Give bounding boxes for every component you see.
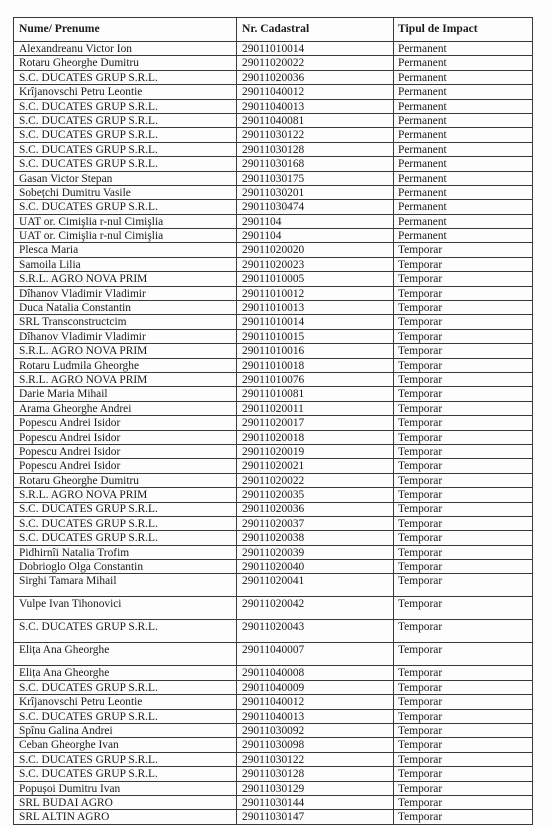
cell-name: S.R.L. AGRO NOVA PRIM bbox=[14, 372, 237, 386]
cell-cadastral: 29011020036 bbox=[237, 502, 394, 516]
cell-name: Krîjanovschi Petru Leontie bbox=[14, 85, 237, 99]
cell-cadastral: 29011020041 bbox=[237, 574, 394, 597]
table-row: S.C. DUCATES GRUP S.R.L.29011030474Perma… bbox=[14, 200, 533, 214]
table-row: Popescu Andrei Isidor29011020019Temporar bbox=[14, 444, 533, 458]
cell-cadastral: 29011030147 bbox=[237, 810, 394, 824]
cell-impact: Temporar bbox=[394, 488, 533, 502]
cell-name: S.C. DUCATES GRUP S.R.L. bbox=[14, 157, 237, 171]
table-row: S.R.L. AGRO NOVA PRIM29011010076Temporar bbox=[14, 372, 533, 386]
cell-impact: Temporar bbox=[394, 315, 533, 329]
header-cadastral: Nr. Cadastral bbox=[237, 18, 394, 42]
cell-impact: Permanent bbox=[394, 142, 533, 156]
table-header-row: Nume/ Prenume Nr. Cadastral Tipul de Imp… bbox=[14, 18, 533, 42]
table-row: S.C. DUCATES GRUP S.R.L.29011040009Tempo… bbox=[14, 680, 533, 694]
table-row: Dîhanov Vladimir Vladimir29011010012Temp… bbox=[14, 286, 533, 300]
cell-impact: Temporar bbox=[394, 724, 533, 738]
cell-cadastral: 29011040012 bbox=[237, 695, 394, 709]
cell-name: Popescu Andrei Isidor bbox=[14, 416, 237, 430]
cell-cadastral: 29011030122 bbox=[237, 752, 394, 766]
cell-name: S.C. DUCATES GRUP S.R.L. bbox=[14, 709, 237, 723]
cell-impact: Temporar bbox=[394, 430, 533, 444]
cell-name: Dîhanov Vladimir Vladimir bbox=[14, 286, 237, 300]
cell-cadastral: 29011020018 bbox=[237, 430, 394, 444]
cell-cadastral: 29011040013 bbox=[237, 99, 394, 113]
cell-cadastral: 29011020042 bbox=[237, 597, 394, 620]
cell-impact: Permanent bbox=[394, 70, 533, 84]
cell-cadastral: 29011020020 bbox=[237, 243, 394, 257]
cell-impact: Temporar bbox=[394, 752, 533, 766]
cell-name: Gasan Victor Stepan bbox=[14, 171, 237, 185]
cell-impact: Permanent bbox=[394, 171, 533, 185]
cell-name: Alexandreanu Victor Ion bbox=[14, 42, 237, 56]
table-row: S.R.L. AGRO NOVA PRIM29011010016Temporar bbox=[14, 344, 533, 358]
cell-cadastral: 29011040081 bbox=[237, 113, 394, 127]
cell-name: Dobrioglo Olga Constantin bbox=[14, 560, 237, 574]
table-row: Gasan Victor Stepan29011030175Permanent bbox=[14, 171, 533, 185]
cell-cadastral: 29011030128 bbox=[237, 142, 394, 156]
cell-impact: Temporar bbox=[394, 666, 533, 680]
table-row: Elița Ana Gheorghe29011040007Temporar bbox=[14, 643, 533, 666]
cell-name: Ceban Gheorghe Ivan bbox=[14, 738, 237, 752]
cell-name: Elița Ana Gheorghe bbox=[14, 666, 237, 680]
cell-impact: Temporar bbox=[394, 810, 533, 824]
cell-name: Rotaru Ludmila Gheorghe bbox=[14, 358, 237, 372]
cell-cadastral: 29011010014 bbox=[237, 42, 394, 56]
cell-impact: Permanent bbox=[394, 229, 533, 243]
cell-impact: Temporar bbox=[394, 473, 533, 487]
table-row: Krîjanovschi Petru Leontie29011040012Tem… bbox=[14, 695, 533, 709]
table-row: S.C. DUCATES GRUP S.R.L.29011020036Tempo… bbox=[14, 502, 533, 516]
cell-cadastral: 29011030129 bbox=[237, 781, 394, 795]
cell-cadastral: 29011020019 bbox=[237, 444, 394, 458]
cell-name: S.R.L. AGRO NOVA PRIM bbox=[14, 272, 237, 286]
table-row: UAT or. Cimişlia r-nul Cimişlia2901104Pe… bbox=[14, 214, 533, 228]
cell-name: S.C. DUCATES GRUP S.R.L. bbox=[14, 502, 237, 516]
table-row: Krîjanovschi Petru Leontie29011040012Per… bbox=[14, 85, 533, 99]
table-row: Vulpe Ivan Tihonovici29011020042Temporar bbox=[14, 597, 533, 620]
cell-impact: Temporar bbox=[394, 597, 533, 620]
cell-impact: Temporar bbox=[394, 560, 533, 574]
cell-impact: Temporar bbox=[394, 767, 533, 781]
cell-impact: Permanent bbox=[394, 42, 533, 56]
table-row: Arama Gheorghe Andrei29011020011Temporar bbox=[14, 401, 533, 415]
cell-name: UAT or. Cimişlia r-nul Cimişlia bbox=[14, 229, 237, 243]
cell-name: S.R.L. AGRO NOVA PRIM bbox=[14, 344, 237, 358]
cell-cadastral: 29011010076 bbox=[237, 372, 394, 386]
table-row: S.C. DUCATES GRUP S.R.L.29011030128Perma… bbox=[14, 142, 533, 156]
cell-cadastral: 29011010018 bbox=[237, 358, 394, 372]
cell-impact: Temporar bbox=[394, 545, 533, 559]
cell-cadastral: 29011040012 bbox=[237, 85, 394, 99]
cell-name: SRL Transconstructcim bbox=[14, 315, 237, 329]
cell-name: Dîhanov Vladimir Vladimir bbox=[14, 329, 237, 343]
cell-name: S.C. DUCATES GRUP S.R.L. bbox=[14, 752, 237, 766]
cell-cadastral: 29011030098 bbox=[237, 738, 394, 752]
cell-cadastral: 29011020023 bbox=[237, 257, 394, 271]
table-row: Samoila Lilia29011020023Temporar bbox=[14, 257, 533, 271]
cell-name: S.C. DUCATES GRUP S.R.L. bbox=[14, 70, 237, 84]
cell-impact: Temporar bbox=[394, 344, 533, 358]
table-row: Rotaru Gheorghe Dumitru29011020022Perman… bbox=[14, 56, 533, 70]
cell-cadastral: 29011010005 bbox=[237, 272, 394, 286]
table-row: S.C. DUCATES GRUP S.R.L.29011020036Perma… bbox=[14, 70, 533, 84]
table-row: Popescu Andrei Isidor29011020021Temporar bbox=[14, 459, 533, 473]
cell-impact: Temporar bbox=[394, 574, 533, 597]
cell-name: Duca Natalia Constantin bbox=[14, 301, 237, 315]
table-row: S.C. DUCATES GRUP S.R.L.29011030168Perma… bbox=[14, 157, 533, 171]
table-row: Sobețchi Dumitru Vasile29011030201Perman… bbox=[14, 185, 533, 199]
cell-impact: Temporar bbox=[394, 257, 533, 271]
cell-name: Rotaru Gheorghe Dumitru bbox=[14, 473, 237, 487]
cell-name: Spînu Galina Andrei bbox=[14, 724, 237, 738]
cell-cadastral: 29011030168 bbox=[237, 157, 394, 171]
cell-cadastral: 29011040008 bbox=[237, 666, 394, 680]
table-row: Darie Maria Mihail29011010081Temporar bbox=[14, 387, 533, 401]
cell-name: Krîjanovschi Petru Leontie bbox=[14, 695, 237, 709]
cell-name: Arama Gheorghe Andrei bbox=[14, 401, 237, 415]
cell-cadastral: 29011020037 bbox=[237, 516, 394, 530]
cell-cadastral: 29011020038 bbox=[237, 531, 394, 545]
table-row: Duca Natalia Constantin29011010013Tempor… bbox=[14, 301, 533, 315]
header-impact: Tipul de Impact bbox=[394, 18, 533, 42]
cell-name: S.C. DUCATES GRUP S.R.L. bbox=[14, 516, 237, 530]
table-row: Plesca Maria29011020020Temporar bbox=[14, 243, 533, 257]
cell-cadastral: 29011020036 bbox=[237, 70, 394, 84]
cell-name: S.C. DUCATES GRUP S.R.L. bbox=[14, 128, 237, 142]
table-row: S.C. DUCATES GRUP S.R.L.29011040013Tempo… bbox=[14, 709, 533, 723]
table-row: S.R.L. AGRO NOVA PRIM29011020035Temporar bbox=[14, 488, 533, 502]
table-row: Rotaru Ludmila Gheorghe29011010018Tempor… bbox=[14, 358, 533, 372]
header-name: Nume/ Prenume bbox=[14, 18, 237, 42]
cell-impact: Temporar bbox=[394, 709, 533, 723]
cell-impact: Permanent bbox=[394, 185, 533, 199]
cell-impact: Permanent bbox=[394, 200, 533, 214]
table-row: Popescu Andrei Isidor29011020017Temporar bbox=[14, 416, 533, 430]
cell-name: Pidhirnîi Natalia Trofim bbox=[14, 545, 237, 559]
table-row: S.C. DUCATES GRUP S.R.L.29011030122Tempo… bbox=[14, 752, 533, 766]
cell-impact: Permanent bbox=[394, 85, 533, 99]
cell-cadastral: 29011020011 bbox=[237, 401, 394, 415]
cell-cadastral: 29011030201 bbox=[237, 185, 394, 199]
cell-impact: Temporar bbox=[394, 643, 533, 666]
cell-name: Sobețchi Dumitru Vasile bbox=[14, 185, 237, 199]
cell-impact: Temporar bbox=[394, 738, 533, 752]
cell-impact: Temporar bbox=[394, 387, 533, 401]
cell-name: S.C. DUCATES GRUP S.R.L. bbox=[14, 113, 237, 127]
cell-impact: Temporar bbox=[394, 286, 533, 300]
cell-name: S.R.L. AGRO NOVA PRIM bbox=[14, 488, 237, 502]
table-row: Popescu Andrei Isidor29011020018Temporar bbox=[14, 430, 533, 444]
cell-cadastral: 29011030144 bbox=[237, 795, 394, 809]
cell-impact: Temporar bbox=[394, 401, 533, 415]
table-row: Pidhirnîi Natalia Trofim29011020039Tempo… bbox=[14, 545, 533, 559]
cell-name: S.C. DUCATES GRUP S.R.L. bbox=[14, 142, 237, 156]
cell-cadastral: 29011010015 bbox=[237, 329, 394, 343]
cell-impact: Temporar bbox=[394, 444, 533, 458]
cell-impact: Temporar bbox=[394, 680, 533, 694]
table-row: S.C. DUCATES GRUP S.R.L.29011030122Perma… bbox=[14, 128, 533, 142]
cell-impact: Temporar bbox=[394, 781, 533, 795]
table-row: S.C. DUCATES GRUP S.R.L.29011020037Tempo… bbox=[14, 516, 533, 530]
cell-name: Darie Maria Mihail bbox=[14, 387, 237, 401]
cell-cadastral: 29011020035 bbox=[237, 488, 394, 502]
cell-cadastral: 29011040013 bbox=[237, 709, 394, 723]
cell-name: Samoila Lilia bbox=[14, 257, 237, 271]
table-row: Dîhanov Vladimir Vladimir29011010015Temp… bbox=[14, 329, 533, 343]
cell-name: Popușoi Dumitru Ivan bbox=[14, 781, 237, 795]
cell-name: Popescu Andrei Isidor bbox=[14, 459, 237, 473]
table-row: SRL ALTIN AGRO29011030147Temporar bbox=[14, 810, 533, 824]
cell-name: S.C. DUCATES GRUP S.R.L. bbox=[14, 531, 237, 545]
cell-cadastral: 29011020022 bbox=[237, 56, 394, 70]
cell-impact: Permanent bbox=[394, 128, 533, 142]
cell-cadastral: 29011030128 bbox=[237, 767, 394, 781]
cell-impact: Temporar bbox=[394, 372, 533, 386]
table-row: Rotaru Gheorghe Dumitru29011020022Tempor… bbox=[14, 473, 533, 487]
cell-impact: Temporar bbox=[394, 243, 533, 257]
cell-name: UAT or. Cimişlia r-nul Cimişlia bbox=[14, 214, 237, 228]
cell-impact: Temporar bbox=[394, 531, 533, 545]
cell-impact: Temporar bbox=[394, 620, 533, 643]
cell-impact: Temporar bbox=[394, 272, 533, 286]
cell-name: S.C. DUCATES GRUP S.R.L. bbox=[14, 680, 237, 694]
cell-cadastral: 29011040007 bbox=[237, 643, 394, 666]
cell-impact: Temporar bbox=[394, 795, 533, 809]
cell-impact: Permanent bbox=[394, 214, 533, 228]
cell-cadastral: 29011020022 bbox=[237, 473, 394, 487]
cell-cadastral: 2901104 bbox=[237, 229, 394, 243]
impact-table: Nume/ Prenume Nr. Cadastral Tipul de Imp… bbox=[13, 17, 533, 825]
cell-impact: Temporar bbox=[394, 695, 533, 709]
cell-name: SRL BUDAI AGRO bbox=[14, 795, 237, 809]
table-row: Popușoi Dumitru Ivan29011030129Temporar bbox=[14, 781, 533, 795]
cell-cadastral: 29011030175 bbox=[237, 171, 394, 185]
cell-cadastral: 29011010014 bbox=[237, 315, 394, 329]
table-row: S.C. DUCATES GRUP S.R.L.29011020043Tempo… bbox=[14, 620, 533, 643]
table-row: UAT or. Cimişlia r-nul Cimişlia2901104Pe… bbox=[14, 229, 533, 243]
cell-impact: Permanent bbox=[394, 99, 533, 113]
cell-impact: Temporar bbox=[394, 459, 533, 473]
cell-cadastral: 29011010013 bbox=[237, 301, 394, 315]
cell-name: S.C. DUCATES GRUP S.R.L. bbox=[14, 620, 237, 643]
cell-cadastral: 29011010016 bbox=[237, 344, 394, 358]
cell-impact: Temporar bbox=[394, 502, 533, 516]
cell-name: Popescu Andrei Isidor bbox=[14, 444, 237, 458]
cell-impact: Temporar bbox=[394, 416, 533, 430]
table-row: S.C. DUCATES GRUP S.R.L.29011030128Tempo… bbox=[14, 767, 533, 781]
table-row: Dobrioglo Olga Constantin29011020040Temp… bbox=[14, 560, 533, 574]
cell-cadastral: 29011040009 bbox=[237, 680, 394, 694]
cell-name: S.C. DUCATES GRUP S.R.L. bbox=[14, 767, 237, 781]
cell-name: Elița Ana Gheorghe bbox=[14, 643, 237, 666]
table-row: SRL BUDAI AGRO29011030144Temporar bbox=[14, 795, 533, 809]
cell-name: S.C. DUCATES GRUP S.R.L. bbox=[14, 200, 237, 214]
cell-impact: Permanent bbox=[394, 157, 533, 171]
table-row: S.C. DUCATES GRUP S.R.L.29011020038Tempo… bbox=[14, 531, 533, 545]
cell-impact: Temporar bbox=[394, 358, 533, 372]
table-row: Alexandreanu Victor Ion29011010014Perman… bbox=[14, 42, 533, 56]
table-row: Sirghi Tamara Mihail29011020041Temporar bbox=[14, 574, 533, 597]
cell-impact: Permanent bbox=[394, 56, 533, 70]
cell-cadastral: 29011020039 bbox=[237, 545, 394, 559]
table-row: S.C. DUCATES GRUP S.R.L.29011040081Perma… bbox=[14, 113, 533, 127]
table-row: Ceban Gheorghe Ivan29011030098Temporar bbox=[14, 738, 533, 752]
cell-name: Popescu Andrei Isidor bbox=[14, 430, 237, 444]
cell-cadastral: 29011010081 bbox=[237, 387, 394, 401]
cell-impact: Permanent bbox=[394, 113, 533, 127]
cell-cadastral: 2901104 bbox=[237, 214, 394, 228]
table-row: Spînu Galina Andrei29011030092Temporar bbox=[14, 724, 533, 738]
cell-impact: Temporar bbox=[394, 329, 533, 343]
cell-cadastral: 29011010012 bbox=[237, 286, 394, 300]
table-row: S.C. DUCATES GRUP S.R.L.29011040013Perma… bbox=[14, 99, 533, 113]
cell-name: Plesca Maria bbox=[14, 243, 237, 257]
table-row: Elița Ana Gheorghe29011040008Temporar bbox=[14, 666, 533, 680]
cell-name: Rotaru Gheorghe Dumitru bbox=[14, 56, 237, 70]
cell-cadastral: 29011030122 bbox=[237, 128, 394, 142]
cell-name: Vulpe Ivan Tihonovici bbox=[14, 597, 237, 620]
table-row: SRL Transconstructcim29011010014Temporar bbox=[14, 315, 533, 329]
document-page: Nume/ Prenume Nr. Cadastral Tipul de Imp… bbox=[0, 0, 551, 828]
cell-cadastral: 29011030092 bbox=[237, 724, 394, 738]
table-body: Alexandreanu Victor Ion29011010014Perman… bbox=[14, 42, 533, 825]
cell-cadastral: 29011020040 bbox=[237, 560, 394, 574]
cell-name: SRL ALTIN AGRO bbox=[14, 810, 237, 824]
cell-cadastral: 29011020021 bbox=[237, 459, 394, 473]
cell-impact: Temporar bbox=[394, 301, 533, 315]
table-row: S.R.L. AGRO NOVA PRIM29011010005Temporar bbox=[14, 272, 533, 286]
cell-cadastral: 29011020043 bbox=[237, 620, 394, 643]
cell-impact: Temporar bbox=[394, 516, 533, 530]
cell-cadastral: 29011030474 bbox=[237, 200, 394, 214]
cell-cadastral: 29011020017 bbox=[237, 416, 394, 430]
cell-name: Sirghi Tamara Mihail bbox=[14, 574, 237, 597]
cell-name: S.C. DUCATES GRUP S.R.L. bbox=[14, 99, 237, 113]
